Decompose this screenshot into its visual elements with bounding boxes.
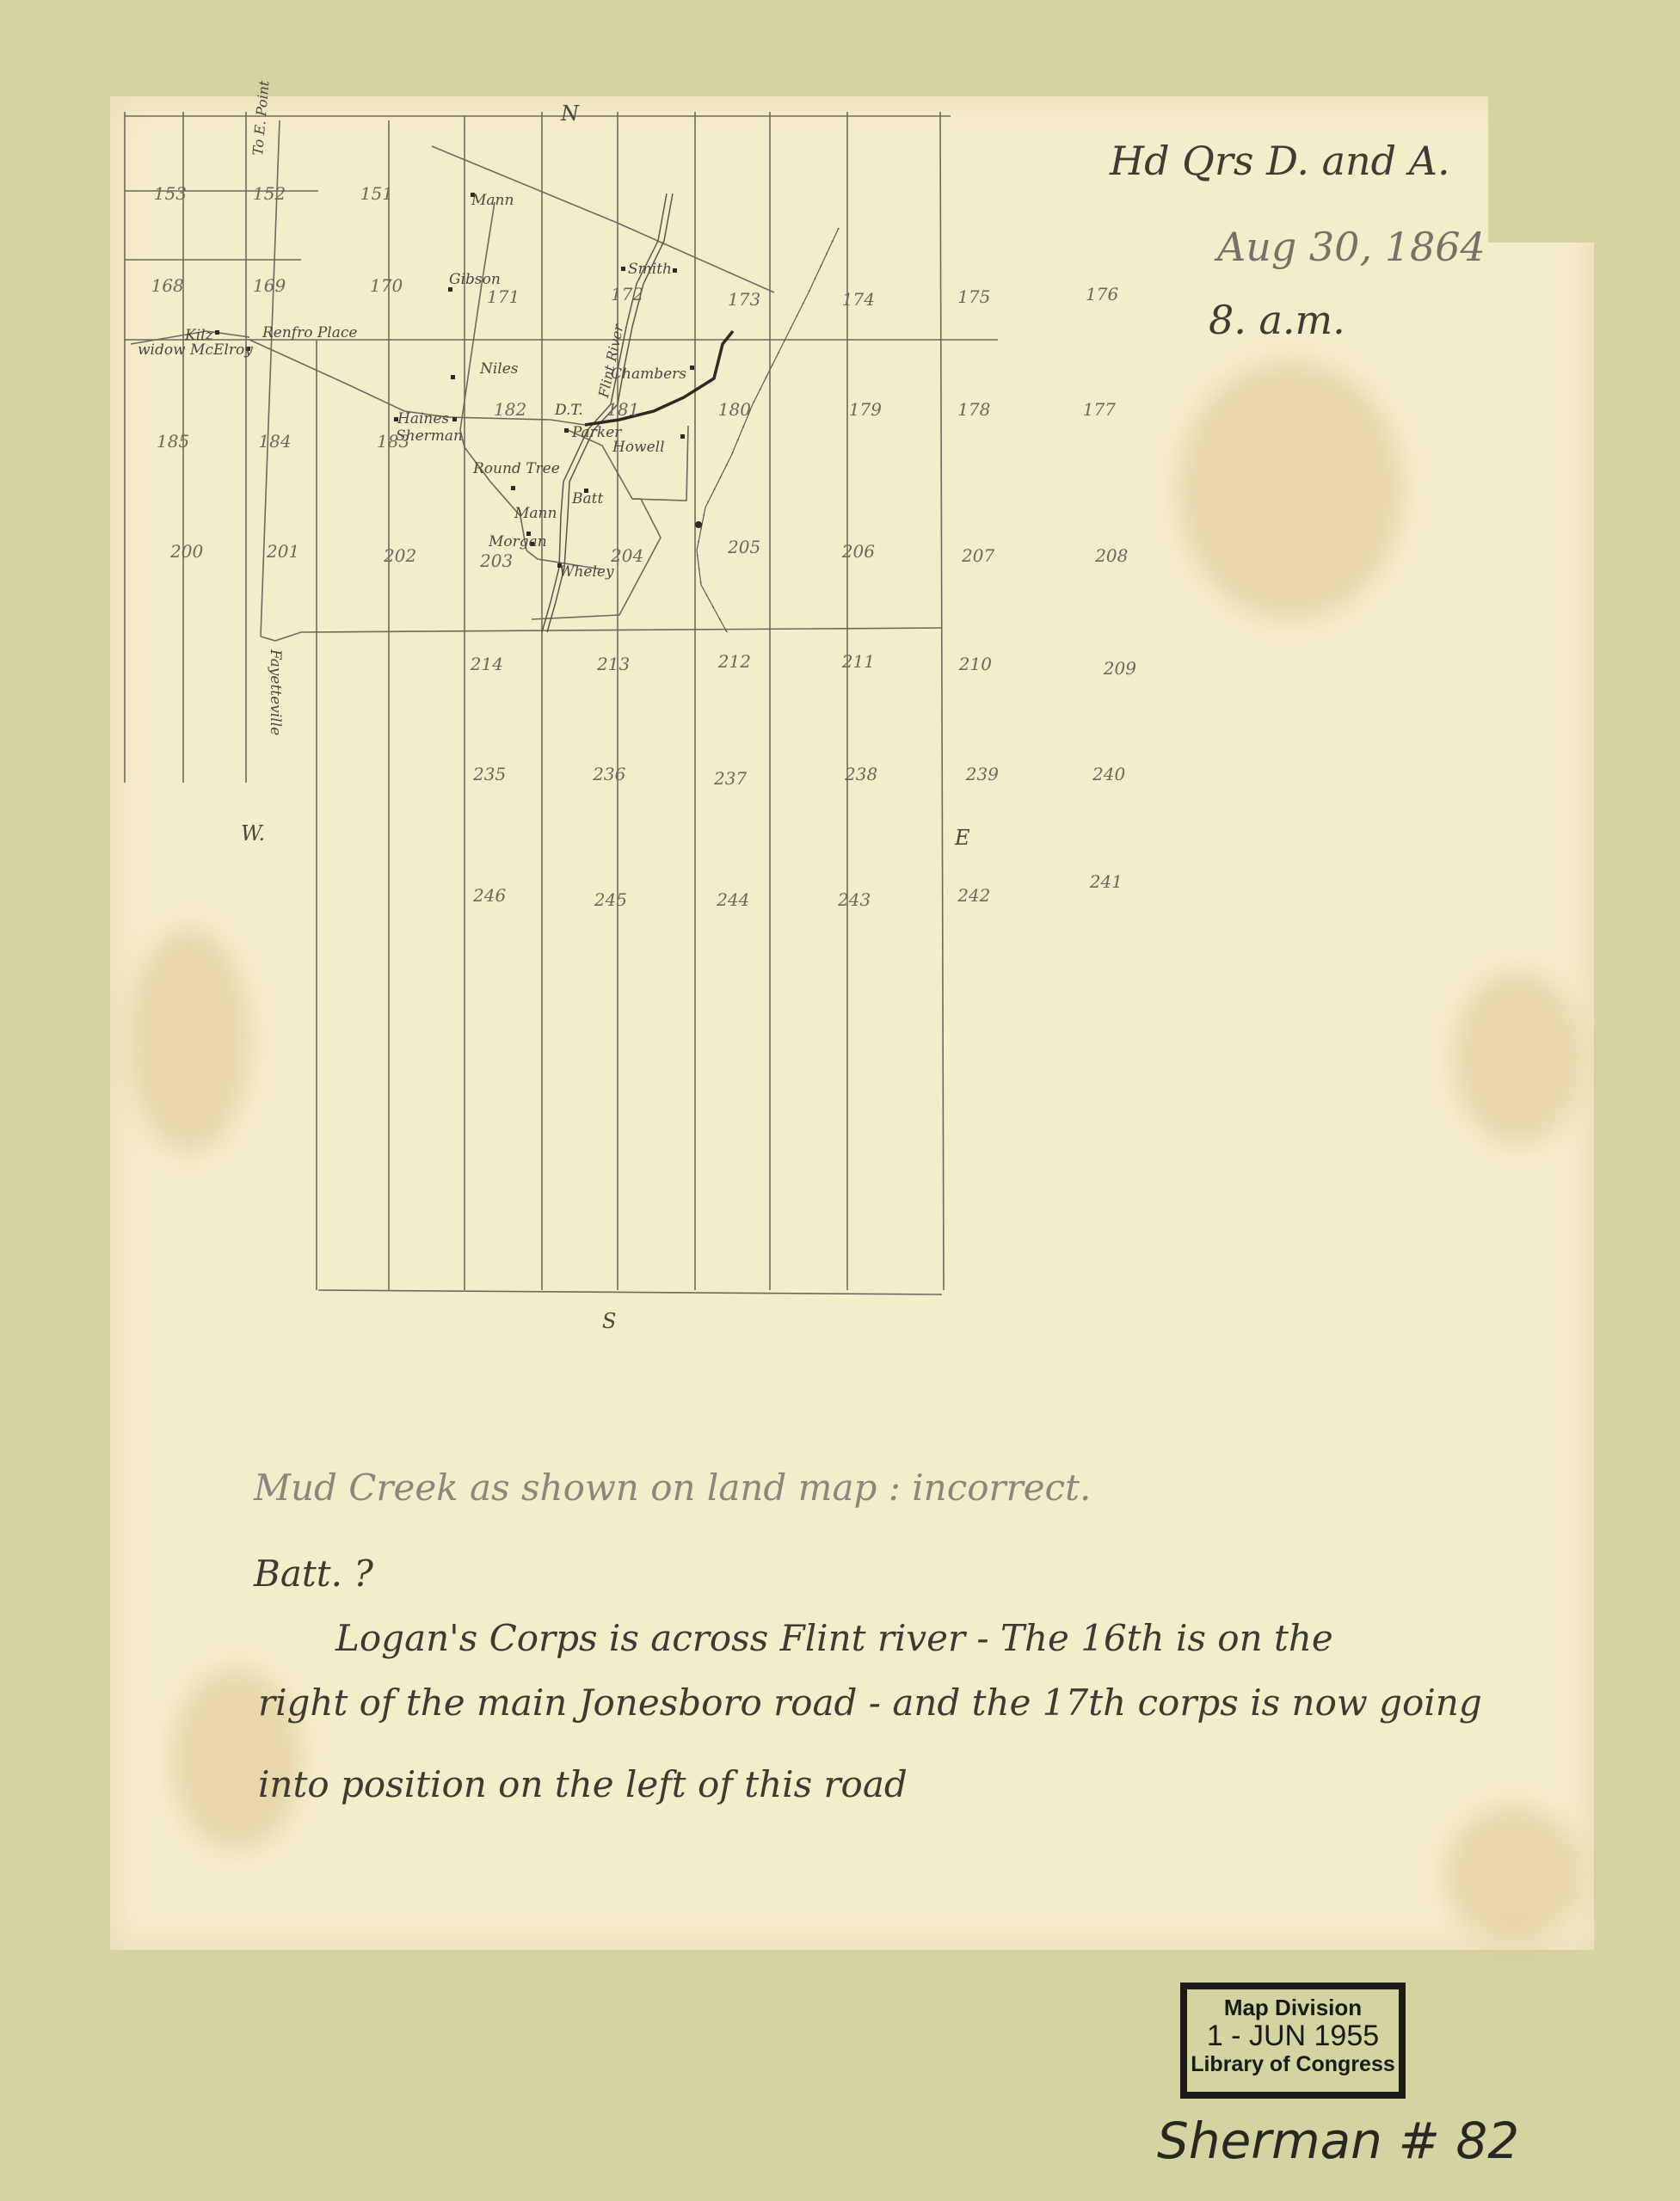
land-lot-number: 242: [957, 885, 990, 906]
compass-south: S: [602, 1309, 616, 1333]
land-lot-number: 177: [1083, 399, 1116, 420]
heading-line-1: Hd Qrs D. and A.: [1110, 138, 1450, 184]
land-lot-number: 200: [169, 541, 203, 562]
land-lot-number: 240: [1092, 764, 1125, 784]
land-lot-number: 171: [487, 286, 520, 307]
land-lot-number: 246: [472, 885, 506, 906]
land-lot-number: 211: [841, 651, 875, 672]
land-lot-number: 207: [961, 545, 994, 566]
note-line-3: Logan's Corps is across Flint river - Th…: [335, 1617, 1333, 1659]
land-lot-number: 235: [472, 764, 506, 784]
place-label: Mann: [471, 192, 514, 209]
place-label: widow McElroy: [138, 341, 253, 359]
land-lot-number: 174: [842, 289, 875, 310]
compass-north: N: [561, 101, 579, 126]
place-label: Mann: [514, 505, 557, 522]
land-lot-number: 203: [479, 550, 513, 571]
land-lot-number: 176: [1086, 284, 1118, 304]
map-labels: 1531521511681691701711721731741751761821…: [0, 0, 1680, 2201]
land-lot-number: 153: [154, 183, 187, 204]
stamp-division: Map Division: [1187, 1995, 1399, 2020]
note-line-2: Batt. ?: [254, 1552, 373, 1595]
road-label-fayetteville: Fayetteville: [267, 649, 284, 735]
land-lot-number: 212: [717, 651, 751, 672]
land-lot-number: 182: [494, 399, 526, 420]
land-lot-number: 172: [611, 284, 643, 304]
land-lot-number: 245: [594, 889, 627, 910]
place-label: Gibson: [449, 271, 501, 288]
stamp-library: Library of Congress: [1187, 2051, 1399, 2077]
place-label: Smith: [628, 261, 672, 278]
land-lot-number: 237: [713, 768, 747, 789]
land-lot-number: 239: [965, 764, 999, 784]
land-lot-number: 244: [716, 889, 749, 910]
compass-west: W.: [241, 821, 265, 845]
land-lot-number: 185: [157, 431, 189, 452]
land-lot-number: 236: [592, 764, 625, 784]
place-label: Chambers: [611, 366, 686, 383]
land-lot-number: 170: [370, 275, 403, 296]
land-lot-number: 206: [841, 541, 875, 562]
place-label: Wheley: [559, 563, 614, 581]
land-lot-number: 213: [596, 654, 630, 674]
land-lot-number: 238: [844, 764, 877, 784]
land-lot-number: 152: [253, 183, 286, 204]
library-of-congress-stamp: Map Division 1 - JUN 1955 Library of Con…: [1180, 1983, 1406, 2099]
stamp-date: 1 - JUN 1955: [1187, 2020, 1399, 2051]
land-lot-number: 179: [849, 399, 882, 420]
place-label: Niles: [479, 360, 519, 378]
heading-line-3: 8. a.m.: [1209, 297, 1345, 343]
land-lot-number: 241: [1089, 871, 1123, 892]
place-label: Sherman: [396, 427, 463, 445]
land-lot-number: 214: [470, 654, 503, 674]
compass-east: E: [955, 826, 970, 850]
land-lot-number: 180: [718, 399, 751, 420]
land-lot-number: 181: [606, 399, 639, 420]
note-line-1: Mud Creek as shown on land map : incorre…: [254, 1466, 1091, 1509]
place-label: Morgan: [488, 533, 547, 550]
land-lot-number: 204: [610, 545, 643, 566]
place-label: Renfro Place: [262, 324, 357, 341]
land-lot-number: 210: [958, 654, 992, 674]
land-lot-number: 178: [957, 399, 990, 420]
heading-line-2: Aug 30, 1864: [1217, 224, 1486, 270]
note-line-4: right of the main Jonesboro road - and t…: [258, 1681, 1482, 1724]
land-lot-number: 202: [383, 545, 416, 566]
land-lot-number: 201: [266, 541, 299, 562]
land-lot-number: 173: [728, 289, 760, 310]
place-label: D.T.: [554, 402, 583, 419]
note-line-5: into position on the left of this road: [258, 1763, 908, 1805]
land-lot-number: 151: [360, 183, 393, 204]
land-lot-number: 243: [837, 889, 871, 910]
land-lot-number: 205: [727, 537, 760, 557]
land-lot-number: 175: [957, 286, 990, 307]
place-label: Round Tree: [472, 460, 560, 477]
land-lot-number: 184: [258, 431, 291, 452]
land-lot-number: 169: [253, 275, 286, 296]
catalog-mark: Sherman # 82: [1157, 2112, 1519, 2170]
place-label: Batt: [571, 490, 603, 507]
land-lot-number: 168: [151, 275, 184, 296]
place-label: Howell: [612, 439, 665, 456]
land-lot-number: 208: [1094, 545, 1128, 566]
place-label: Haines: [397, 410, 449, 427]
land-lot-number: 209: [1103, 658, 1136, 679]
